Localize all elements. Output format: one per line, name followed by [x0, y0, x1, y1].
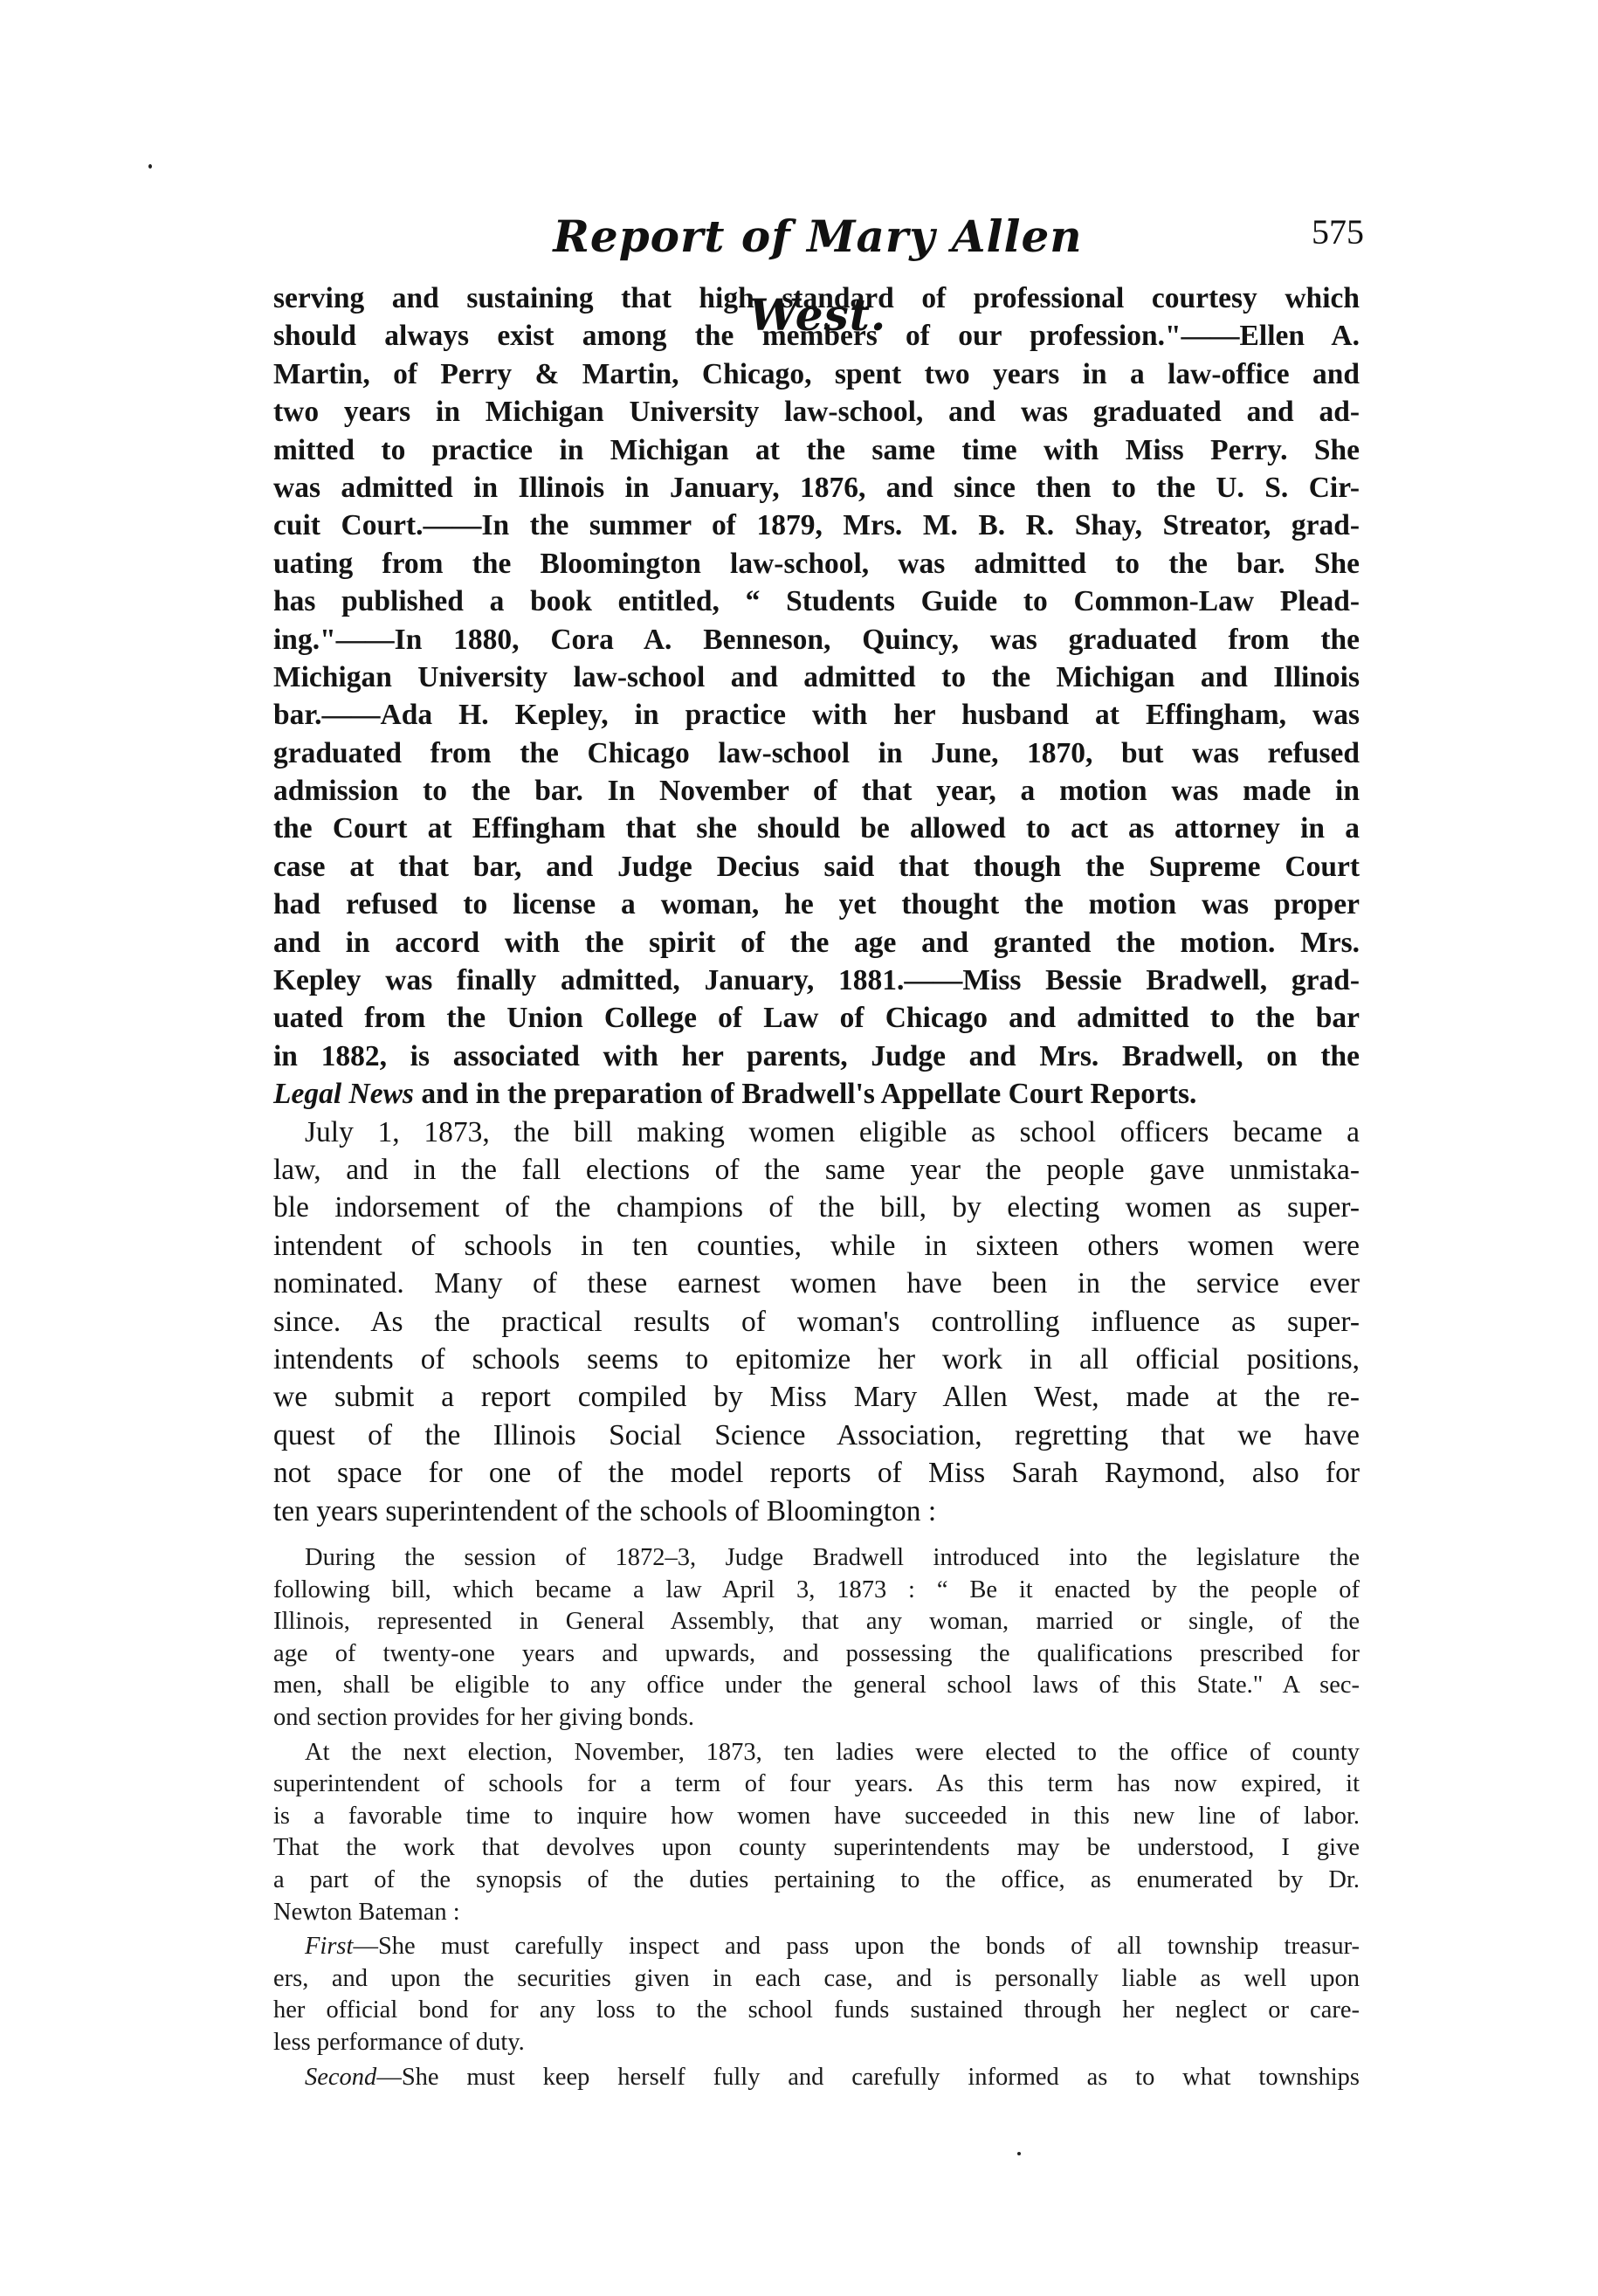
text-line: First—She must carefully inspect and pas…	[273, 1931, 1360, 1963]
paragraph-next-election: At the next election, November, 1873, te…	[273, 1737, 1360, 1929]
paragraph-women-lawyers: serving and sustaining that high standar…	[273, 279, 1360, 1114]
text-line: the Court at Effingham that she should b…	[273, 810, 1360, 847]
text-fragment: —She must keep herself fully and careful…	[376, 2064, 1360, 2091]
text-line: At the next election, November, 1873, te…	[273, 1737, 1360, 1769]
text-line: uated from the Union College of Law of C…	[273, 999, 1360, 1037]
duty-label-second: Second	[305, 2064, 376, 2091]
text-line: mitted to practice in Michigan at the sa…	[273, 431, 1360, 469]
text-line: had refused to license a woman, he yet t…	[273, 886, 1360, 923]
duty-label-first: First	[305, 1933, 353, 1960]
text-line: ble indorsement of the champions of the …	[273, 1189, 1360, 1226]
text-line: nominated. Many of these earnest women h…	[273, 1265, 1360, 1302]
text-line: Legal News and in the preparation of Bra…	[273, 1075, 1360, 1113]
text-line: Martin, of Perry & Martin, Chicago, spen…	[273, 355, 1360, 393]
paragraph-bradwell-bill: During the session of 1872–3, Judge Brad…	[273, 1542, 1360, 1734]
text-line: ers, and upon the securities given in ea…	[273, 1963, 1360, 1996]
text-line: following bill, which became a law April…	[273, 1575, 1360, 1607]
paragraph-duty-second: Second—She must keep herself fully and c…	[273, 2062, 1360, 2094]
text-line: intendents of schools seems to epitomize…	[273, 1341, 1360, 1378]
text-line: we submit a report compiled by Miss Mary…	[273, 1378, 1360, 1416]
text-line: Michigan University law-school and admit…	[273, 658, 1360, 696]
text-line: a part of the synopsis of the duties per…	[273, 1865, 1360, 1897]
text-line: serving and sustaining that high standar…	[273, 279, 1360, 317]
text-line: law, and in the fall elections of the sa…	[273, 1151, 1360, 1189]
text-line: Second—She must keep herself fully and c…	[273, 2062, 1360, 2094]
text-line: Kepley was finally admitted, January, 18…	[273, 962, 1360, 999]
text-line: case at that bar, and Judge Decius said …	[273, 848, 1360, 886]
text-fragment: —She must carefully inspect and pass upo…	[353, 1933, 1360, 1960]
text-line: in 1882, is associated with her parents,…	[273, 1038, 1360, 1075]
running-head-title: Report of Mary Allen West.	[527, 197, 1108, 276]
text-line: not space for one of the model reports o…	[273, 1454, 1360, 1492]
text-line: age of twenty-one years and upwards, and…	[273, 1638, 1360, 1671]
text-line: Newton Bateman :	[273, 1897, 1360, 1929]
scan-speck	[1017, 2152, 1021, 2155]
text-line: her official bond for any loss to the sc…	[273, 1995, 1360, 2027]
page-number: 575	[1294, 206, 1364, 259]
text-line: admission to the bar. In November of tha…	[273, 772, 1360, 810]
text-line: ond section provides for her giving bond…	[273, 1702, 1360, 1734]
text-line: less performance of duty.	[273, 2027, 1360, 2059]
text-line: intendent of schools in ten counties, wh…	[273, 1227, 1360, 1265]
text-line: cuit Court.——In the summer of 1879, Mrs.…	[273, 507, 1360, 544]
main-text: serving and sustaining that high standar…	[273, 279, 1360, 1530]
text-line: uating from the Bloomington law-school, …	[273, 545, 1360, 583]
text-line: was admitted in Illinois in January, 187…	[273, 469, 1360, 507]
quoted-report: During the session of 1872–3, Judge Brad…	[273, 1542, 1360, 2096]
text-line: That the work that devolves upon county …	[273, 1832, 1360, 1865]
text-line: superintendent of schools for a term of …	[273, 1769, 1360, 1801]
text-line: ten years superintendent of the schools …	[273, 1493, 1360, 1530]
text-line: quest of the Illinois Social Science Ass…	[273, 1417, 1360, 1454]
book-page: Report of Mary Allen West. 575 serving a…	[0, 0, 1598, 2296]
text-line: ing."——In 1880, Cora A. Benneson, Quincy…	[273, 621, 1360, 658]
text-line: is a favorable time to inquire how women…	[273, 1801, 1360, 1833]
text-line: has published a book entitled, “ Student…	[273, 583, 1360, 620]
text-line: since. As the practical results of woman…	[273, 1303, 1360, 1341]
text-fragment: and in the preparation of Bradwell's App…	[414, 1078, 1196, 1110]
text-line: During the session of 1872–3, Judge Brad…	[273, 1542, 1360, 1575]
text-line: and in accord with the spirit of the age…	[273, 924, 1360, 962]
text-line: Illinois, represented in General Assembl…	[273, 1606, 1360, 1638]
text-line: July 1, 1873, the bill making women elig…	[273, 1114, 1360, 1151]
paragraph-duty-first: First—She must carefully inspect and pas…	[273, 1931, 1360, 2058]
paragraph-school-officers-bill: July 1, 1873, the bill making women elig…	[273, 1114, 1360, 1530]
text-line: graduated from the Chicago law-school in…	[273, 734, 1360, 772]
scan-speck	[148, 164, 152, 169]
text-line: men, shall be eligible to any office und…	[273, 1670, 1360, 1702]
text-line: bar.——Ada H. Kepley, in practice with he…	[273, 696, 1360, 734]
publication-title-legal-news: Legal News	[273, 1078, 414, 1110]
text-line: should always exist among the members of…	[273, 317, 1360, 355]
text-line: two years in Michigan University law-sch…	[273, 393, 1360, 431]
